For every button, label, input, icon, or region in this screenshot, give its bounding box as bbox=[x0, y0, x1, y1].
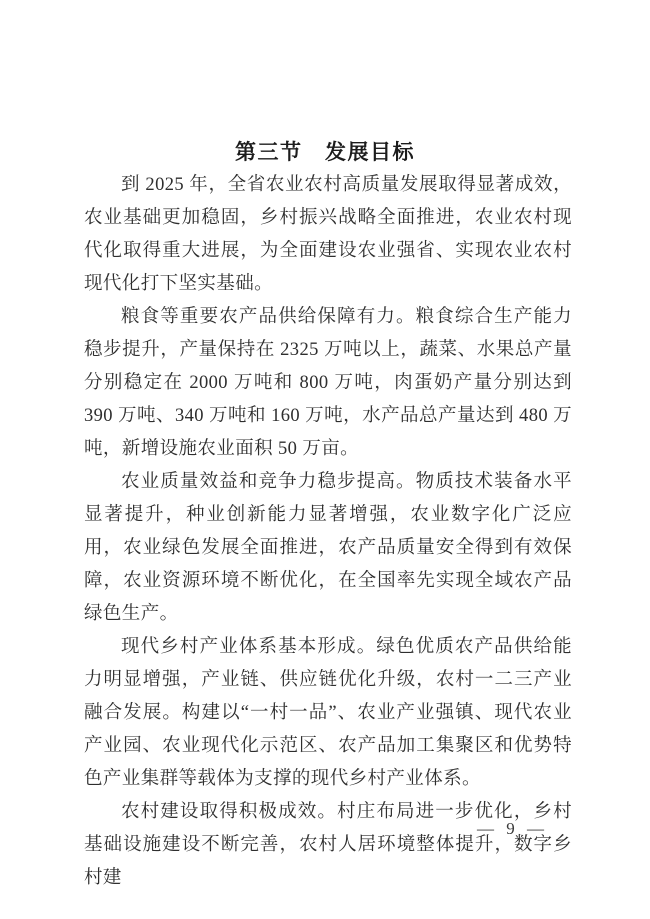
body-paragraph: 农村建设取得积极成效。村庄布局进一步优化，乡村基础设施建设不断完善，农村人居环境… bbox=[84, 796, 572, 895]
body-text-block: 到 2025 年，全省农业农村高质量发展取得显著成效，农业基础更加稳固，乡村振兴… bbox=[84, 169, 572, 895]
body-paragraph: 现代乡村产业体系基本形成。绿色优质农产品供给能力明显增强，产业链、供应链优化升级… bbox=[84, 631, 572, 796]
body-paragraph: 农业质量效益和竞争力稳步提高。物质技术装备水平显著提升，种业创新能力显著增强，农… bbox=[84, 466, 572, 631]
section-title: 第三节 发展目标 bbox=[0, 139, 650, 167]
document-page: 第三节 发展目标 到 2025 年，全省农业农村高质量发展取得显著成效，农业基础… bbox=[0, 0, 650, 919]
body-paragraph: 粮食等重要农产品供给保障有力。粮食综合生产能力稳步提升，产量保持在 2325 万… bbox=[84, 301, 572, 466]
body-paragraph: 到 2025 年，全省农业农村高质量发展取得显著成效，农业基础更加稳固，乡村振兴… bbox=[84, 169, 572, 301]
page-number: — 9 — bbox=[477, 818, 548, 840]
